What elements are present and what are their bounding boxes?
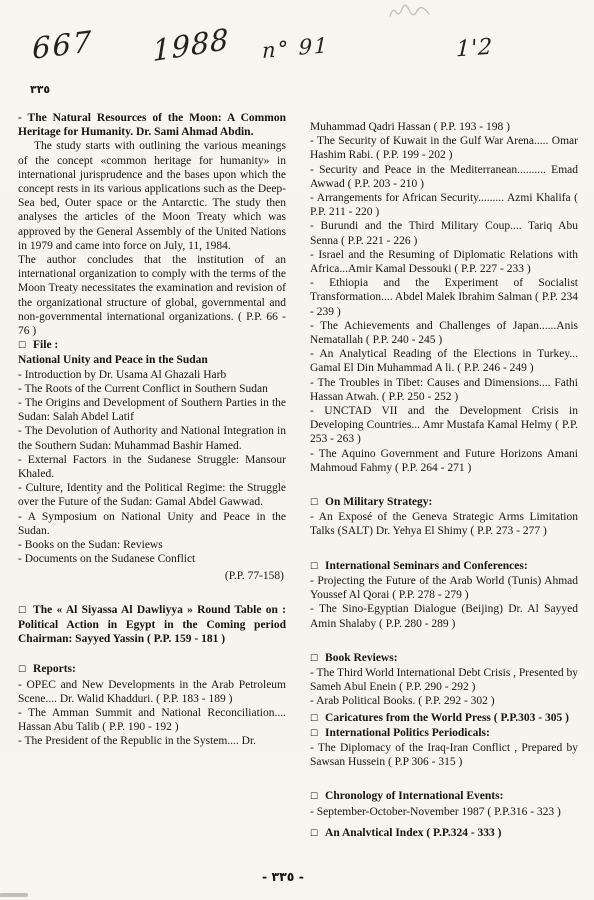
- toc-entry: - Security and Peace in the Mediterranea…: [310, 163, 578, 191]
- section-label: On Military Strategy:: [325, 496, 432, 508]
- toc-entry: - The Third World International Debt Cri…: [310, 666, 578, 694]
- page-range: (P.P. 77-158): [18, 569, 286, 583]
- section-heading-analytical-index: □An Analvtical Index ( P.P.324 - 333 ): [310, 826, 578, 841]
- toc-entry: - The Troubles in Tibet: Causes and Dime…: [310, 376, 578, 404]
- toc-entry: - The Sino-Egyptian Dialogue (Beijing) D…: [310, 602, 578, 630]
- abstract-paragraph: The author concludes that the institutio…: [18, 253, 286, 338]
- footer-page-number: - ٣٣٥ -: [0, 869, 566, 884]
- right-column: Muhammad Qadri Hassan ( P.P. 193 - 198 )…: [310, 120, 578, 841]
- section-heading-military-strategy: □On Military Strategy:: [310, 495, 578, 510]
- section-label: Chronology of International Events:: [325, 790, 503, 802]
- section-label: Reports:: [33, 663, 76, 675]
- scanned-page: 667 1988 n° 91 1'2 ٣٣٥ - The Natural Res…: [0, 0, 594, 900]
- toc-entry: - Israel and the Resuming of Diplomatic …: [310, 248, 578, 276]
- toc-entry: - Introduction by Dr. Usama Al Ghazali H…: [18, 368, 286, 382]
- scan-smudge: [0, 893, 28, 897]
- toc-entry: - An Analytical Reading of the Elections…: [310, 347, 578, 375]
- toc-entry: - Documents on the Sudanese Conflict: [18, 552, 286, 566]
- file-title: National Unity and Peace in the Sudan: [18, 353, 286, 367]
- toc-entry: - Arab Political Books. ( P.P. 292 - 302…: [310, 694, 578, 708]
- square-bullet-icon: □: [310, 826, 318, 840]
- toc-entry: Muhammad Qadri Hassan ( P.P. 193 - 198 ): [310, 120, 578, 134]
- square-bullet-icon: □: [18, 603, 26, 617]
- toc-entry: - Culture, Identity and the Political Re…: [18, 481, 286, 509]
- square-bullet-icon: □: [18, 338, 26, 352]
- square-bullet-icon: □: [310, 495, 318, 509]
- section-heading-reports: □Reports:: [18, 662, 286, 677]
- article-title: - The Natural Resources of the Moon: A C…: [18, 111, 286, 139]
- square-bullet-icon: □: [310, 711, 318, 725]
- toc-entry: - Arrangements for African Security.....…: [310, 191, 578, 219]
- toc-entry: - OPEC and New Developments in the Arab …: [18, 678, 286, 706]
- corner-page-number: ٣٣٥: [30, 83, 50, 96]
- pencil-scribble-mark: [388, 3, 434, 23]
- square-bullet-icon: □: [310, 789, 318, 803]
- square-bullet-icon: □: [310, 651, 318, 665]
- section-label: International Politics Periodicals:: [325, 727, 490, 739]
- section-label: File :: [33, 339, 58, 351]
- handwritten-issue-number: n° 91: [262, 33, 330, 63]
- toc-entry: - Ethiopia and the Experiment of Sociali…: [310, 276, 578, 319]
- handwritten-year: 1988: [152, 22, 229, 69]
- toc-entry: - The President of the Republic in the S…: [18, 734, 286, 748]
- section-heading-periodicals: □International Politics Periodicals:: [310, 726, 578, 741]
- toc-entry: - A Symposium on National Unity and Peac…: [18, 510, 286, 538]
- toc-entry: - An Exposé of the Geneva Strategic Arms…: [310, 510, 578, 538]
- section-heading-file: □File :: [18, 338, 286, 353]
- section-label: The « Al Siyassa Al Dawliyya » Round Tab…: [18, 604, 286, 645]
- toc-entry: - The Achievements and Challenges of Jap…: [310, 319, 578, 347]
- toc-entry: - Burundi and the Third Military Coup...…: [310, 219, 578, 247]
- toc-entry: - External Factors in the Sudanese Strug…: [18, 453, 286, 481]
- toc-entry: - The Devolution of Authority and Nation…: [18, 424, 286, 452]
- handwritten-number-right: 1'2: [456, 35, 494, 63]
- toc-entry: - The Diplomacy of the Iraq-Iran Conflic…: [310, 741, 578, 769]
- toc-entry: - September-October-November 1987 ( P.P.…: [310, 805, 578, 819]
- toc-entry: - The Security of Kuwait in the Gulf War…: [310, 134, 578, 162]
- square-bullet-icon: □: [18, 662, 26, 676]
- square-bullet-icon: □: [310, 559, 318, 573]
- toc-entry: - Books on the Sudan: Reviews: [18, 538, 286, 552]
- handwritten-number-left: 667: [32, 24, 93, 66]
- square-bullet-icon: □: [310, 726, 318, 740]
- section-heading-round-table: □The « Al Siyassa Al Dawliyya » Round Ta…: [18, 603, 286, 647]
- section-label: Caricatures from the World Press ( P.P.3…: [325, 712, 569, 724]
- toc-entry: - The Roots of the Current Conflict in S…: [18, 382, 286, 396]
- toc-entry: - The Aquino Government and Future Horiz…: [310, 447, 578, 475]
- toc-entry: - UNCTAD VII and the Development Crisis …: [310, 404, 578, 447]
- toc-entry: - The Origins and Development of Souther…: [18, 396, 286, 424]
- section-heading-book-reviews: □Book Reviews:: [310, 651, 578, 666]
- section-label: International Seminars and Conferences:: [325, 560, 528, 572]
- toc-entry: - The Amman Summit and National Reconcil…: [18, 706, 286, 734]
- section-heading-caricatures: □Caricatures from the World Press ( P.P.…: [310, 711, 578, 726]
- abstract-paragraph: The study starts with outlining the vari…: [18, 139, 286, 253]
- left-column: - The Natural Resources of the Moon: A C…: [18, 111, 286, 749]
- toc-entry: - Projecting the Future of the Arab Worl…: [310, 574, 578, 602]
- section-label: Book Reviews:: [325, 652, 398, 664]
- section-label: An Analvtical Index ( P.P.324 - 333 ): [325, 827, 501, 839]
- section-heading-seminars: □International Seminars and Conferences:: [310, 559, 578, 574]
- section-heading-chronology: □Chronology of International Events:: [310, 789, 578, 804]
